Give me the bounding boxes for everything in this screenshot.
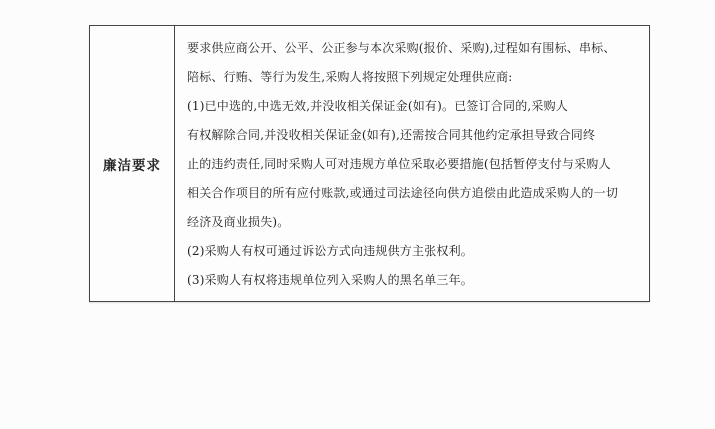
content-line: 相关合作项目的所有应付账款,或通过司法途径向供方追偿由此造成采购人的一切 — [187, 179, 637, 208]
content-line: 陪标、行贿、等行为发生,采购人将按照下列规定处理供应商: — [187, 63, 637, 92]
scanned-document-page: 廉洁要求 要求供应商公开、公平、公正参与本次采购(报价、采购),过程如有围标、串… — [0, 0, 715, 429]
content-line: 要求供应商公开、公平、公正参与本次采购(报价、采购),过程如有围标、串标、 — [187, 34, 637, 63]
requirements-content-cell: 要求供应商公开、公平、公正参与本次采购(报价、采购),过程如有围标、串标、 陪标… — [175, 26, 649, 301]
row-header-integrity-requirements: 廉洁要求 — [90, 26, 175, 301]
content-line: (3)采购人有权将违规单位列入采购人的黑名单三年。 — [187, 266, 637, 295]
content-line: 有权解除合同,并没收相关保证金(如有),还需按合同其他约定承担导致合同终 — [187, 121, 637, 150]
integrity-requirements-table: 廉洁要求 要求供应商公开、公平、公正参与本次采购(报价、采购),过程如有围标、串… — [89, 25, 650, 302]
content-line: 止的违约责任,同时采购人可对违规方单位采取必要措施(包括暂停支付与采购人 — [187, 150, 637, 179]
content-line: 经济及商业损失)。 — [187, 208, 637, 237]
content-line: (1)已中选的,中选无效,并没收相关保证金(如有)。已签订合同的,采购人 — [187, 92, 637, 121]
content-line: (2)采购人有权可通过诉讼方式向违规供方主张权利。 — [187, 237, 637, 266]
